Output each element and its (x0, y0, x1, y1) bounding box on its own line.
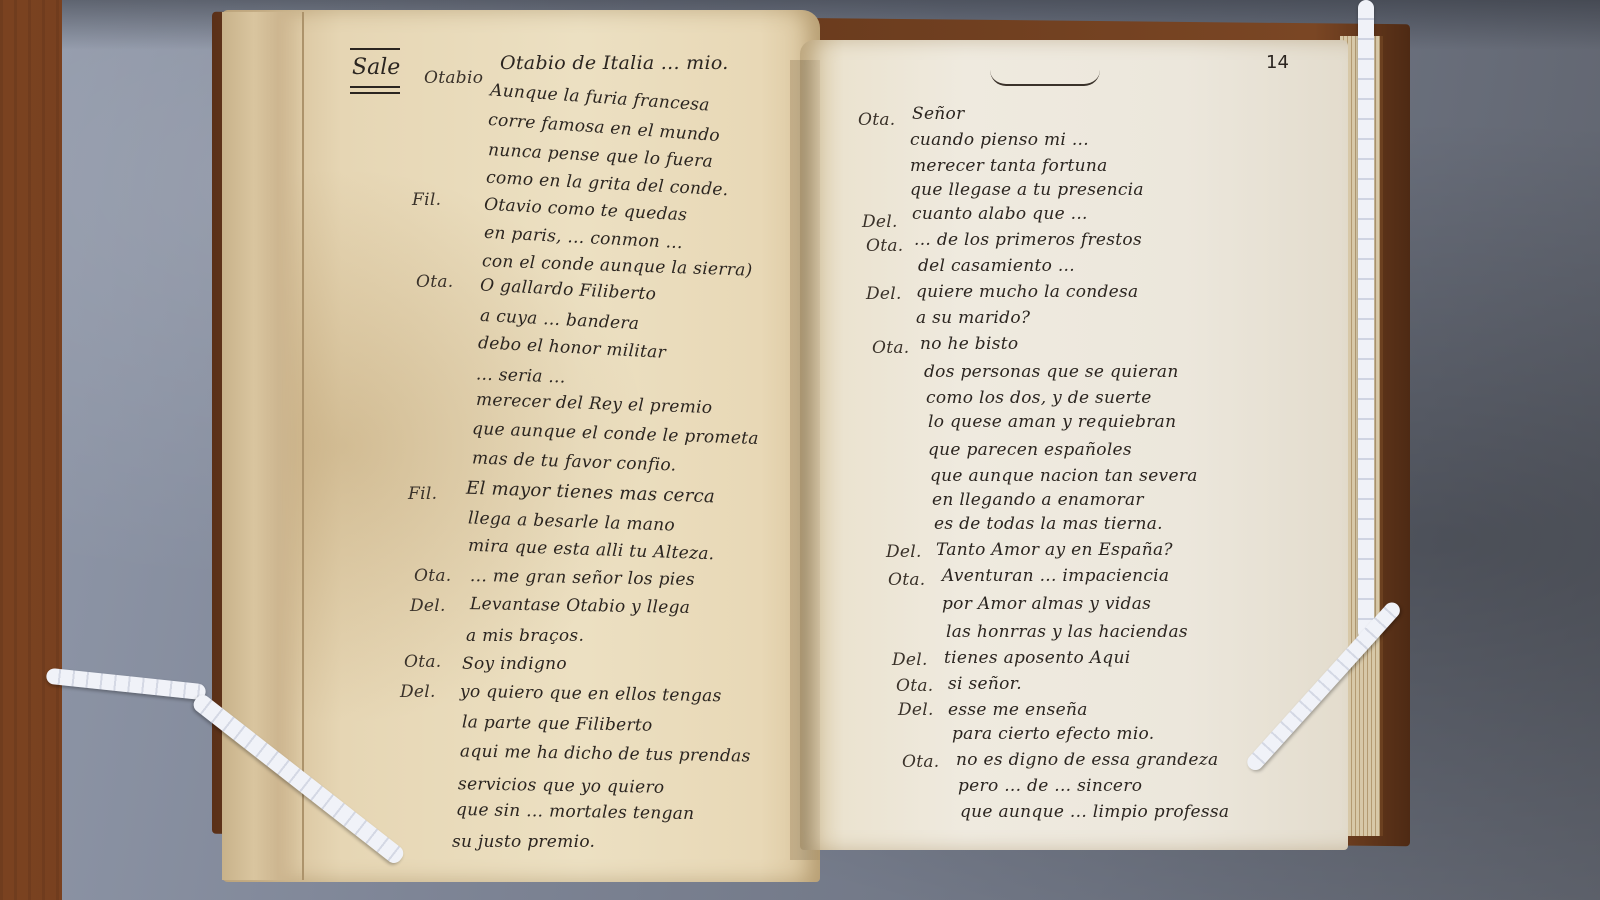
manuscript-line: ... me gran señor los pies (470, 566, 695, 590)
speaker-label: Del. (898, 700, 934, 720)
manuscript-line: es de todas la mas tierna. (934, 514, 1163, 534)
manuscript-line: la parte que Filiberto (462, 712, 653, 735)
manuscript-line: servicios que yo quiero (458, 774, 665, 798)
manuscript-line: las honrras y las haciendas (946, 622, 1188, 642)
book-gutter (790, 60, 820, 860)
manuscript-line: quiere mucho la condesa (916, 282, 1138, 302)
manuscript-line: lo quese aman y requiebran (928, 412, 1176, 432)
speaker-label: Del. (886, 542, 922, 562)
ornamental-flourish (990, 70, 1100, 86)
speaker-label: Ota. (858, 110, 896, 130)
manuscript-line: dos personas que se quieran (924, 362, 1179, 382)
book-weight-cord-vertical (1358, 0, 1374, 640)
manuscript-line: Aventuran ... impaciencia (942, 566, 1169, 586)
manuscript-line: por Amor almas y vidas (942, 594, 1151, 614)
manuscript-line: ... seria ... (476, 364, 566, 387)
manuscript-line: si señor. (948, 674, 1022, 694)
manuscript-line: para cierto efecto mio. (952, 724, 1155, 744)
manuscript-line: su justo premio. (452, 832, 595, 852)
speaker-label: Del. (892, 650, 928, 670)
manuscript-line: Soy indigno (462, 654, 567, 674)
speaker-label: Ota. (896, 676, 934, 696)
speaker-label: Ota. (866, 236, 904, 256)
manuscript-line: Tanto Amor ay en España? (936, 540, 1173, 560)
manuscript-line: Señor (912, 104, 965, 124)
speaker-label: Del. (866, 284, 902, 304)
manuscript-line: del casamiento ... (918, 256, 1075, 276)
manuscript-line: cuanto alabo que ... (912, 204, 1088, 224)
manuscript-line: no es digno de essa grandeza (956, 750, 1219, 770)
manuscript-line: que aunque ... limpio professa (960, 802, 1229, 822)
manuscript-line: Otabio de Italia ... mio. (500, 52, 729, 74)
manuscript-line: merecer tanta fortuna (910, 156, 1108, 176)
manuscript-line: tienes aposento Aqui (944, 648, 1130, 668)
manuscript-line: que parecen españoles (928, 440, 1132, 460)
manuscript-line: que sin ... mortales tengan (456, 800, 695, 824)
manuscript-line: a mis braços. (466, 626, 584, 646)
speaker-label: Ota. (404, 652, 442, 672)
manuscript-line: ... de los primeros frestos (914, 230, 1142, 250)
manuscript-line: que aunque nacion tan severa (930, 466, 1198, 486)
manuscript-line: como los dos, y de suerte (926, 388, 1152, 408)
manuscript-line: que llegase a tu presencia (910, 180, 1144, 200)
stage-direction: Sale (352, 55, 400, 80)
manuscript-line: pero ... de ... sincero (958, 776, 1142, 796)
speaker-label: Del. (410, 596, 446, 616)
speaker-label: Del. (862, 212, 898, 232)
speaker-label: Otabio (424, 68, 483, 88)
speaker-label: Fil. (408, 484, 437, 504)
speaker-label: Del. (400, 682, 436, 702)
speaker-label: Fil. (412, 190, 441, 210)
speaker-label: Ota. (872, 338, 910, 358)
stage-direction-overline (350, 48, 400, 50)
manuscript-line: en llegando a enamorar (932, 490, 1144, 510)
manuscript-line: Levantase Otabio y llega (470, 594, 691, 618)
manuscript-line: esse me enseña (948, 700, 1088, 720)
speaker-label: Ota. (888, 570, 926, 590)
stage-direction-underline-2 (350, 92, 400, 94)
manuscript-line: cuando pienso mi ... (910, 130, 1089, 150)
folio-number: 14 (1266, 52, 1289, 73)
speaker-label: Ota. (902, 752, 940, 772)
manuscript-line: a su marido? (916, 308, 1030, 328)
speaker-label: Ota. (416, 272, 454, 292)
speaker-label: Ota. (414, 566, 452, 586)
stage-direction-underline (350, 86, 400, 88)
manuscript-line: no he bisto (920, 334, 1018, 354)
